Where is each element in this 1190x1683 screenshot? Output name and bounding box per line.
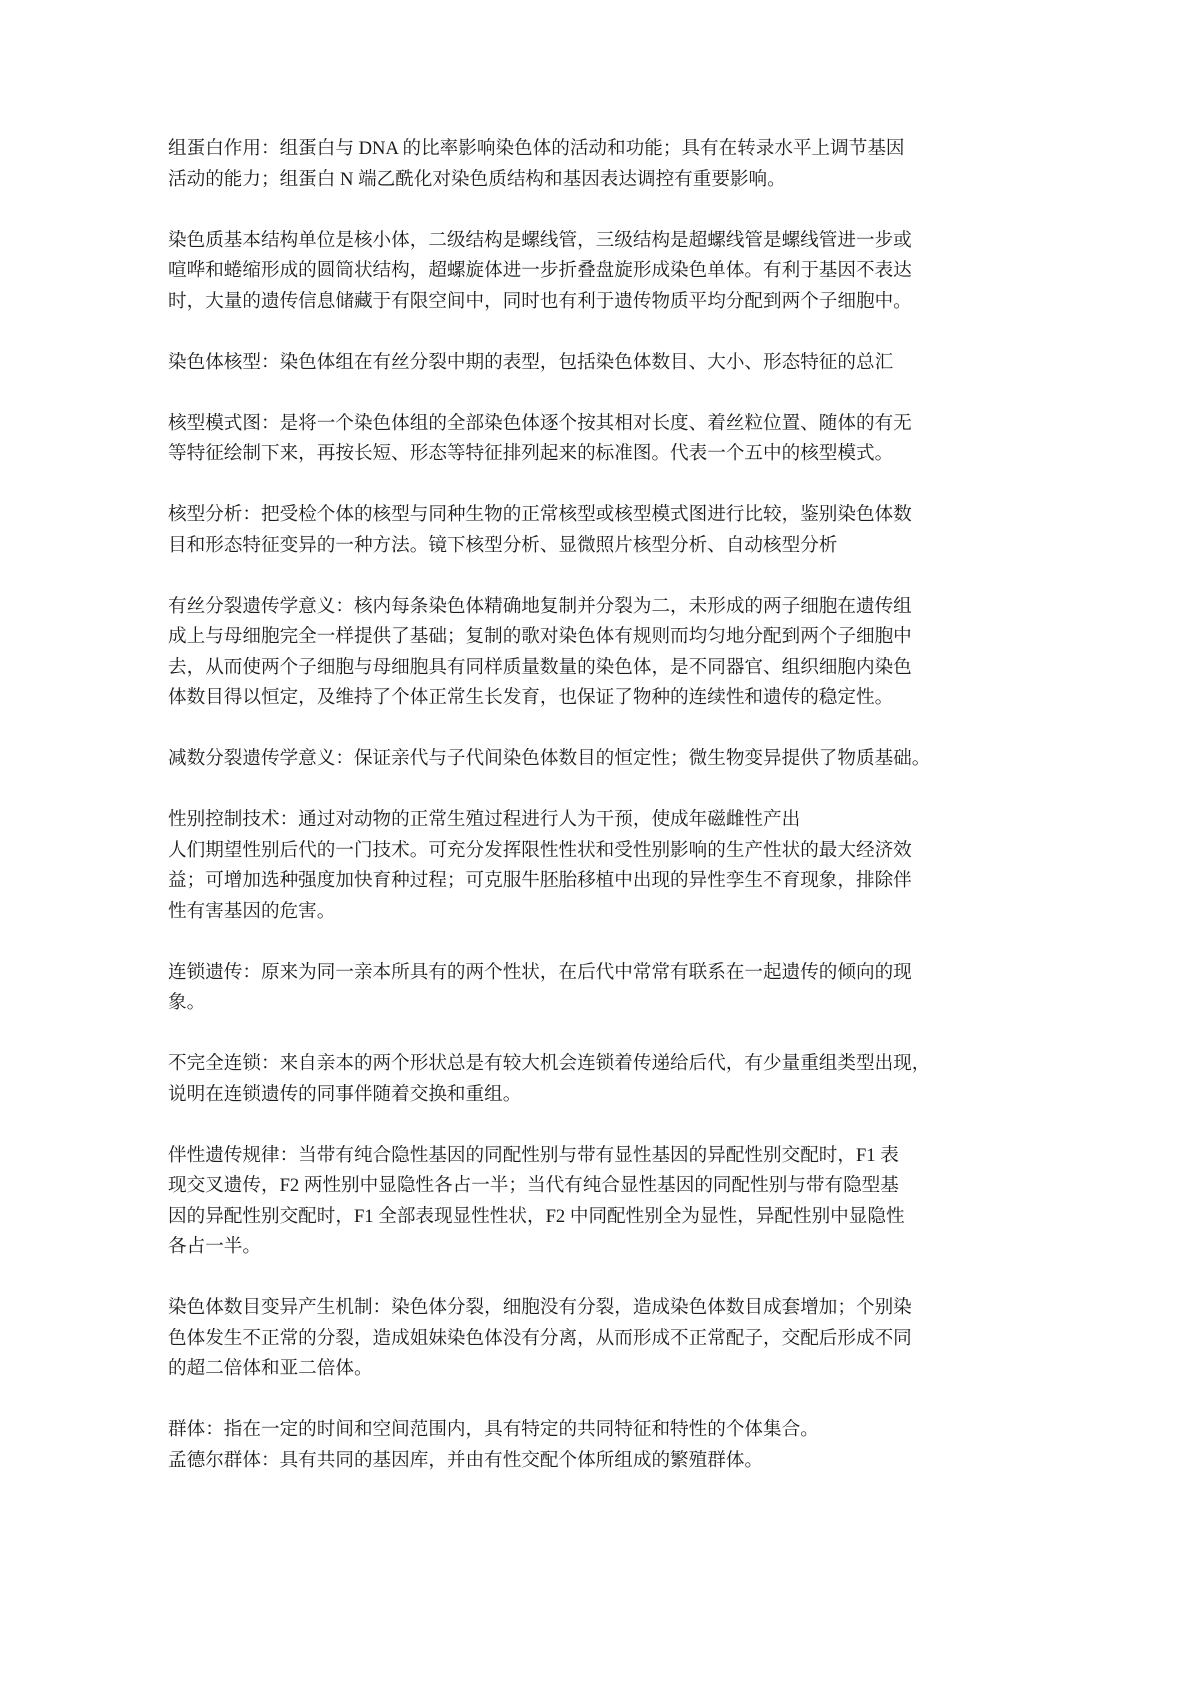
text-line: 目和形态特征变异的一种方法。镜下核型分析、显微照片核型分析、自动核型分析 — [168, 531, 944, 562]
paragraph-mitosis-significance: 有丝分裂遗传学意义：核内每条染色体精确地复制并分裂为二，未形成的两子细胞在遗传组… — [168, 592, 944, 714]
text-line: 染色体数目变异产生机制：染色体分裂，细胞没有分裂，造成染色体数目成套增加；个别染 — [168, 1293, 944, 1324]
paragraph-idiogram: 核型模式图：是将一个染色体组的全部染色体逐个按其相对长度、着丝粒位置、随体的有无… — [168, 409, 944, 470]
text-line: 不完全连锁：来自亲本的两个形状总是有较大机会连锁着传递给后代，有少量重组类型出现… — [168, 1049, 944, 1080]
text-line: 伴性遗传规律：当带有纯合隐性基因的同配性别与带有显性基因的异配性别交配时，F1 … — [168, 1141, 944, 1172]
document-page: 组蛋白作用：组蛋白与 DNA 的比率影响染色体的活动和功能；具有在转录水平上调节… — [168, 134, 944, 1507]
text-line: 群体：指在一定的时间和空间范围内，具有特定的共同特征和特性的个体集合。 — [168, 1415, 944, 1446]
text-line: 成上与母细胞完全一样提供了基础；复制的歌对染色体有规则而均匀地分配到两个子细胞中 — [168, 622, 944, 653]
text-line: 组蛋白作用：组蛋白与 DNA 的比率影响染色体的活动和功能；具有在转录水平上调节… — [168, 134, 944, 165]
text-line: 性别控制技术：通过对动物的正常生殖过程进行人为干预，使成年磁雌性产出 — [168, 805, 944, 836]
text-line: 体数目得以恒定，及维持了个体正常生长发育，也保证了物种的连续性和遗传的稳定性。 — [168, 683, 944, 714]
text-line: 人们期望性别后代的一门技术。可充分发挥限性性状和受性别影响的生产性状的最大经济效 — [168, 836, 944, 867]
text-line: 等特征绘制下来，再按长短、形态等特征排列起来的标准图。代表一个五中的核型模式。 — [168, 439, 944, 470]
paragraph-karyotype: 染色体核型：染色体组在有丝分裂中期的表型，包括染色体数目、大小、形态特征的总汇 — [168, 348, 944, 379]
text-line: 去，从而使两个子细胞与母细胞具有同样质量数量的染色体，是不同器官、组织细胞内染色 — [168, 653, 944, 684]
text-line: 减数分裂遗传学意义：保证亲代与子代间染色体数目的恒定性；微生物变异提供了物质基础… — [168, 744, 944, 775]
paragraph-incomplete-linkage: 不完全连锁：来自亲本的两个形状总是有较大机会连锁着传递给后代，有少量重组类型出现… — [168, 1049, 944, 1110]
paragraph-population: 群体：指在一定的时间和空间范围内，具有特定的共同特征和特性的个体集合。 — [168, 1415, 944, 1446]
paragraph-sex-control: 性别控制技术：通过对动物的正常生殖过程进行人为干预，使成年磁雌性产出 人们期望性… — [168, 805, 944, 927]
text-line: 喧哗和蜷缩形成的圆筒状结构，超螺旋体进一步折叠盘旋形成染色单体。有利于基因不表达 — [168, 256, 944, 287]
paragraph-meiosis-significance: 减数分裂遗传学意义：保证亲代与子代间染色体数目的恒定性；微生物变异提供了物质基础… — [168, 744, 944, 775]
paragraph-linkage: 连锁遗传：原来为同一亲本所具有的两个性状，在后代中常常有联系在一起遗传的倾向的现… — [168, 958, 944, 1019]
text-line: 因的异配性别交配时，F1 全部表现显性性状，F2 中同配性别全为显性，异配性别中… — [168, 1202, 944, 1233]
text-line: 染色体核型：染色体组在有丝分裂中期的表型，包括染色体数目、大小、形态特征的总汇 — [168, 348, 944, 379]
text-line: 核型模式图：是将一个染色体组的全部染色体逐个按其相对长度、着丝粒位置、随体的有无 — [168, 409, 944, 440]
text-line: 说明在连锁遗传的同事伴随着交换和重组。 — [168, 1080, 944, 1111]
text-line: 连锁遗传：原来为同一亲本所具有的两个性状，在后代中常常有联系在一起遗传的倾向的现 — [168, 958, 944, 989]
text-line: 孟德尔群体：具有共同的基因库，并由有性交配个体所组成的繁殖群体。 — [168, 1446, 944, 1477]
text-line: 性有害基因的危害。 — [168, 897, 944, 928]
paragraph-histone-function: 组蛋白作用：组蛋白与 DNA 的比率影响染色体的活动和功能；具有在转录水平上调节… — [168, 134, 944, 195]
paragraph-sex-linked-inheritance: 伴性遗传规律：当带有纯合隐性基因的同配性别与带有显性基因的异配性别交配时，F1 … — [168, 1141, 944, 1263]
text-line: 益；可增加选种强度加快育种过程；可克服牛胚胎移植中出现的异性孪生不育现象，排除伴 — [168, 866, 944, 897]
text-line: 有丝分裂遗传学意义：核内每条染色体精确地复制并分裂为二，未形成的两子细胞在遗传组 — [168, 592, 944, 623]
text-line: 各占一半。 — [168, 1232, 944, 1263]
text-line: 现交叉遗传，F2 两性别中显隐性各占一半；当代有纯合显性基因的同配性别与带有隐型… — [168, 1171, 944, 1202]
paragraph-chromatin-structure: 染色质基本结构单位是核小体，二级结构是螺线管，三级结构是超螺线管是螺线管进一步或… — [168, 226, 944, 318]
text-line: 染色质基本结构单位是核小体，二级结构是螺线管，三级结构是超螺线管是螺线管进一步或 — [168, 226, 944, 257]
paragraph-karyotype-analysis: 核型分析：把受检个体的核型与同种生物的正常核型或核型模式图进行比较，鉴别染色体数… — [168, 500, 944, 561]
paragraph-chromosome-number-variation: 染色体数目变异产生机制：染色体分裂，细胞没有分裂，造成染色体数目成套增加；个别染… — [168, 1293, 944, 1385]
paragraph-mendelian-population: 孟德尔群体：具有共同的基因库，并由有性交配个体所组成的繁殖群体。 — [168, 1446, 944, 1477]
text-line: 活动的能力；组蛋白 N 端乙酰化对染色质结构和基因表达调控有重要影响。 — [168, 165, 944, 196]
text-line: 核型分析：把受检个体的核型与同种生物的正常核型或核型模式图进行比较，鉴别染色体数 — [168, 500, 944, 531]
text-line: 时，大量的遗传信息储藏于有限空间中，同时也有利于遗传物质平均分配到两个子细胞中。 — [168, 287, 944, 318]
text-line: 的超二倍体和亚二倍体。 — [168, 1354, 944, 1385]
text-line: 色体发生不正常的分裂，造成姐妹染色体没有分离，从而形成不正常配子，交配后形成不同 — [168, 1324, 944, 1355]
text-line: 象。 — [168, 988, 944, 1019]
